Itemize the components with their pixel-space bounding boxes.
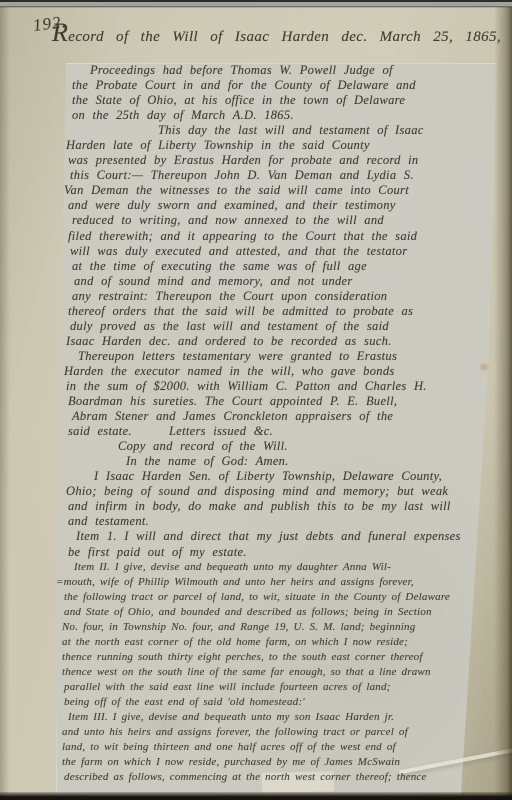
photo-vignette — [0, 0, 512, 800]
manuscript-page-photo: 192. Record of the Will of Isaac Harden … — [0, 0, 512, 800]
photo-left-edge — [0, 0, 10, 800]
photo-bottom-edge — [0, 792, 512, 800]
photo-right-edge — [494, 0, 512, 800]
photo-top-edge — [0, 0, 512, 8]
